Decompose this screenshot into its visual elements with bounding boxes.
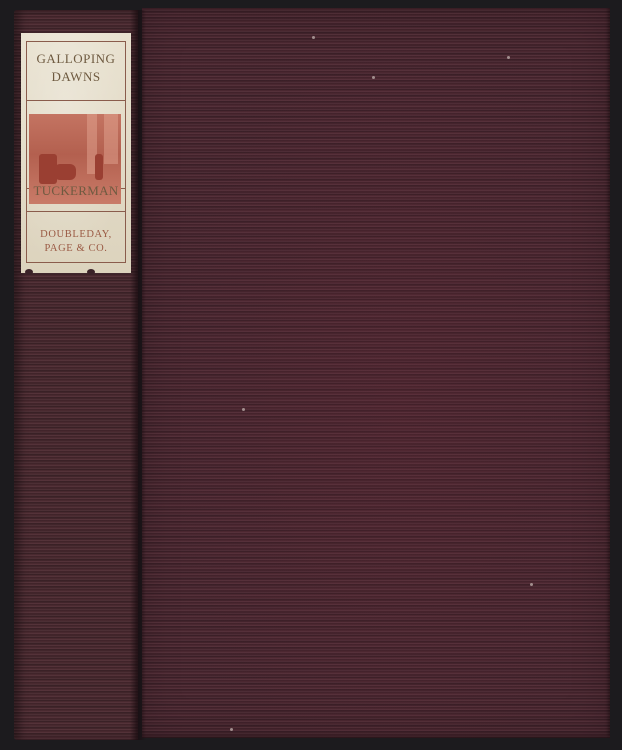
cover-speck	[372, 76, 375, 79]
cover-speck	[312, 36, 315, 39]
label-tear	[87, 269, 95, 275]
illustration-horse	[54, 164, 76, 180]
publisher-line1: DOUBLEDAY,	[21, 229, 131, 240]
cover-speck	[230, 728, 233, 731]
cover-speck	[530, 583, 533, 586]
label-tear	[25, 269, 33, 275]
cover-tint	[142, 8, 610, 738]
book-title-line2: DAWNS	[21, 69, 131, 85]
publisher-line2: PAGE & CO.	[21, 243, 131, 254]
book-front-cover	[142, 8, 610, 738]
book-author: TUCKERMAN	[21, 183, 131, 199]
cover-speck	[507, 56, 510, 59]
cover-speck	[242, 408, 245, 411]
book-photo: GALLOPING DAWNS TUCKERMAN DOUBLEDAY, PAG…	[0, 0, 622, 750]
spine-label: GALLOPING DAWNS TUCKERMAN DOUBLEDAY, PAG…	[21, 33, 131, 273]
book-title-line1: GALLOPING	[21, 51, 131, 67]
illustration-building	[104, 114, 118, 164]
spine-hinge	[130, 10, 146, 740]
illustration-figure	[95, 154, 103, 180]
